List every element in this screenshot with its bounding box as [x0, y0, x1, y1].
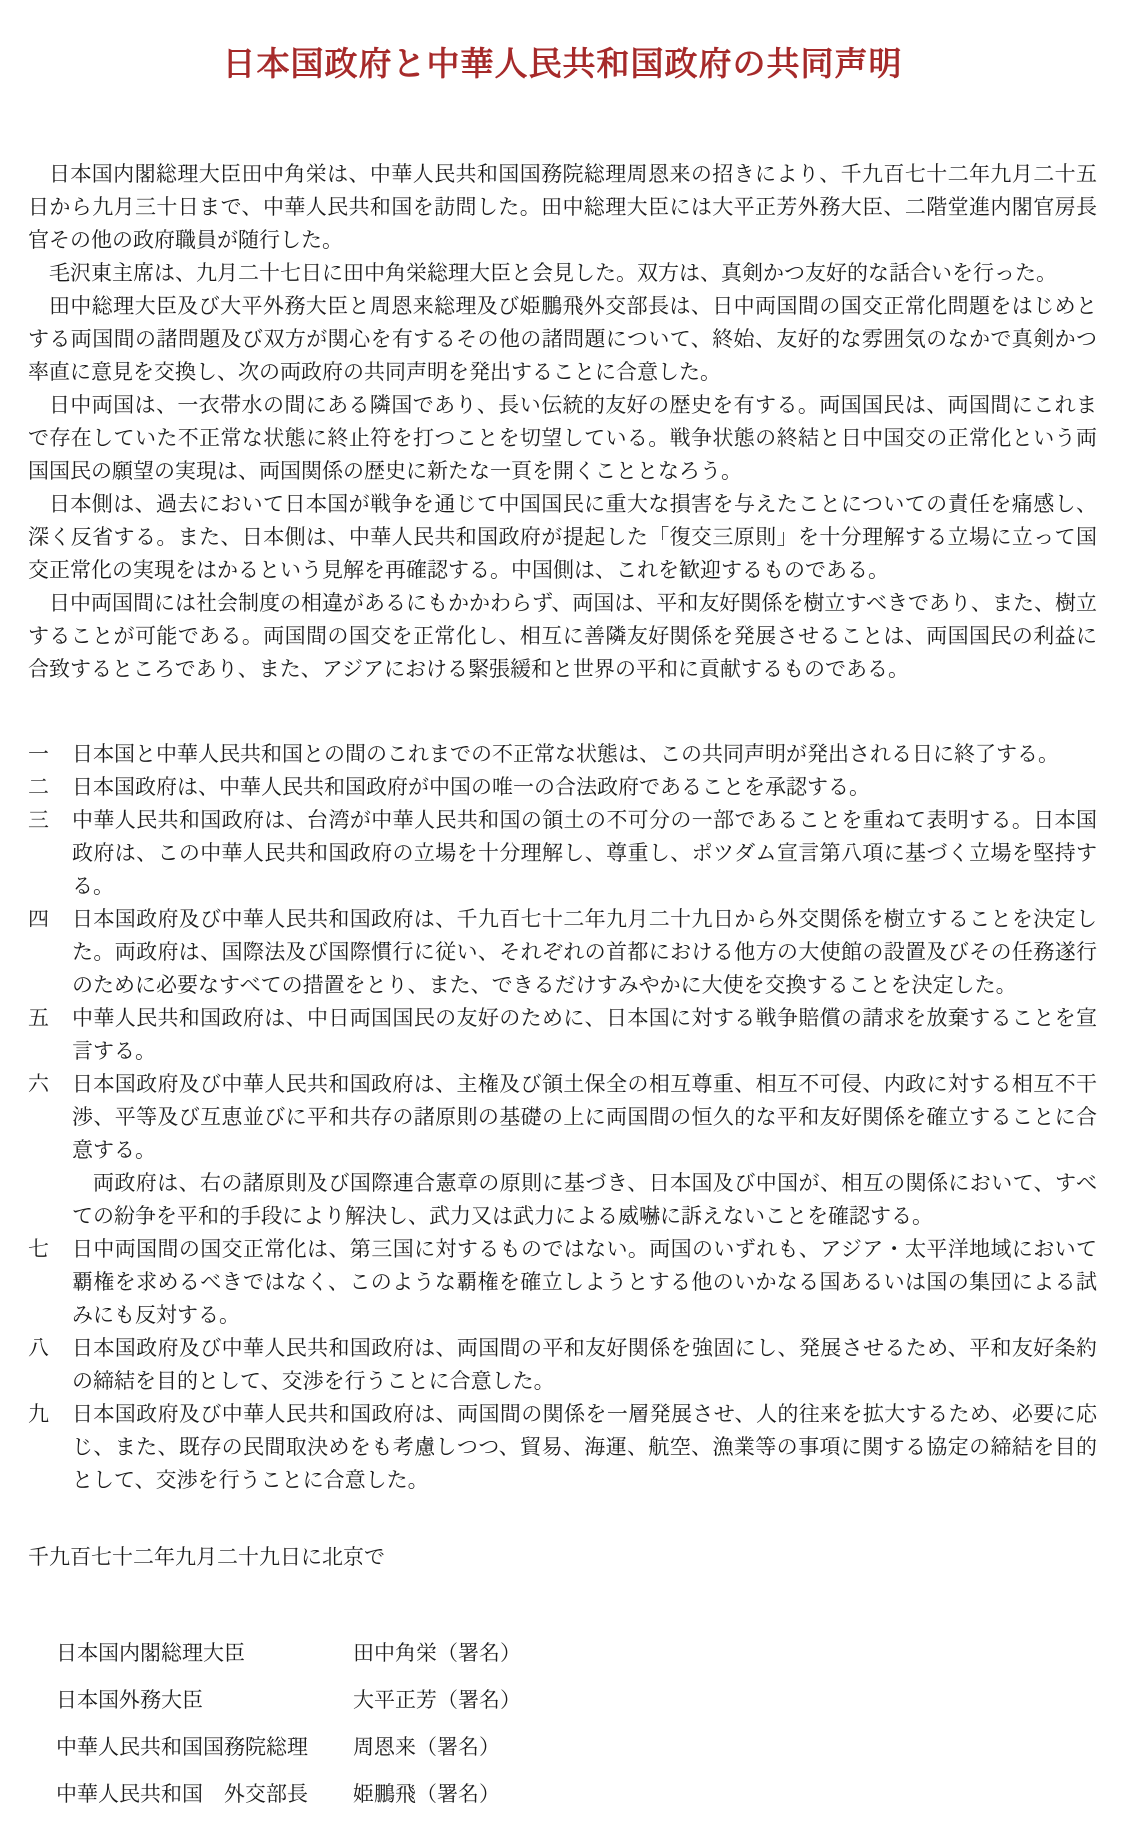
- article-item-9: 九 日本国政府及び中華人民共和国政府は、両国間の関係を一層発展させ、人的往来を拡…: [28, 1398, 1097, 1497]
- article-paragraph: 中華人民共和国政府は、台湾が中華人民共和国の領土の不可分の一部であることを重ねて…: [72, 804, 1097, 903]
- article-text: 日本国政府及び中華人民共和国政府は、千九百七十二年九月二十九日から外交関係を樹立…: [72, 903, 1097, 1002]
- document-title: 日本国政府と中華人民共和国政府の共同声明: [28, 42, 1097, 86]
- preamble-paragraph-4: 日中両国は、一衣帯水の間にある隣国であり、長い伝統的友好の歴史を有する。両国国民…: [28, 389, 1097, 488]
- article-number: 一: [28, 738, 72, 771]
- article-item-8: 八 日本国政府及び中華人民共和国政府は、両国間の平和友好関係を強固にし、発展させ…: [28, 1332, 1097, 1398]
- preamble-paragraph-2: 毛沢東主席は、九月二十七日に田中角栄総理大臣と会見した。双方は、真剣かつ友好的な…: [28, 257, 1097, 290]
- article-text: 日本国政府及び中華人民共和国政府は、主権及び領土保全の相互尊重、相互不可侵、内政…: [72, 1068, 1097, 1233]
- articles-list: 一 日本国と中華人民共和国との間のこれまでの不正常な状態は、この共同声明が発出さ…: [28, 738, 1097, 1497]
- article-paragraph: 日本国政府は、中華人民共和国政府が中国の唯一の合法政府であることを承認する。: [72, 771, 1097, 804]
- document-page: 日本国政府と中華人民共和国政府の共同声明 日本国内閣総理大臣田中角栄は、中華人民…: [0, 0, 1125, 1830]
- article-number: 三: [28, 804, 72, 837]
- signatory-name: 大平正芳（署名）: [353, 1677, 1097, 1724]
- article-number: 九: [28, 1398, 72, 1431]
- article-text: 中華人民共和国政府は、中日両国国民の友好のために、日本国に対する戦争賠償の請求を…: [72, 1002, 1097, 1068]
- signature-row-1: 日本国内閣総理大臣 田中角栄（署名）: [56, 1630, 1097, 1677]
- article-paragraph: 日本国政府及び中華人民共和国政府は、千九百七十二年九月二十九日から外交関係を樹立…: [72, 903, 1097, 1002]
- article-text: 日本国と中華人民共和国との間のこれまでの不正常な状態は、この共同声明が発出される…: [72, 738, 1097, 771]
- article-item-1: 一 日本国と中華人民共和国との間のこれまでの不正常な状態は、この共同声明が発出さ…: [28, 738, 1097, 771]
- article-item-3: 三 中華人民共和国政府は、台湾が中華人民共和国の領土の不可分の一部であることを重…: [28, 804, 1097, 903]
- article-item-5: 五 中華人民共和国政府は、中日両国国民の友好のために、日本国に対する戦争賠償の請…: [28, 1002, 1097, 1068]
- article-number: 七: [28, 1233, 72, 1266]
- signatory-name: 姫鵬飛（署名）: [353, 1771, 1097, 1818]
- preamble-paragraph-6: 日中両国間には社会制度の相違があるにもかかわらず、両国は、平和友好関係を樹立すべ…: [28, 587, 1097, 686]
- preamble-paragraph-1: 日本国内閣総理大臣田中角栄は、中華人民共和国国務院総理周恩来の招きにより、千九百…: [28, 158, 1097, 257]
- article-paragraph: 中華人民共和国政府は、中日両国国民の友好のために、日本国に対する戦争賠償の請求を…: [72, 1002, 1097, 1068]
- article-item-4: 四 日本国政府及び中華人民共和国政府は、千九百七十二年九月二十九日から外交関係を…: [28, 903, 1097, 1002]
- article-number: 六: [28, 1068, 72, 1101]
- article-subparagraph: 両政府は、右の諸原則及び国際連合憲章の原則に基づき、日本国及び中国が、相互の関係…: [72, 1167, 1097, 1233]
- article-paragraph: 日本国政府及び中華人民共和国政府は、両国間の関係を一層発展させ、人的往来を拡大す…: [72, 1398, 1097, 1497]
- article-text: 日本国政府は、中華人民共和国政府が中国の唯一の合法政府であることを承認する。: [72, 771, 1097, 804]
- article-number: 八: [28, 1332, 72, 1365]
- signature-row-4: 中華人民共和国 外交部長 姫鵬飛（署名）: [56, 1771, 1097, 1818]
- article-text: 日本国政府及び中華人民共和国政府は、両国間の平和友好関係を強固にし、発展させるた…: [72, 1332, 1097, 1398]
- signature-row-2: 日本国外務大臣 大平正芳（署名）: [56, 1677, 1097, 1724]
- article-paragraph: 日中両国間の国交正常化は、第三国に対するものではない。両国のいずれも、アジア・太…: [72, 1233, 1097, 1332]
- preamble: 日本国内閣総理大臣田中角栄は、中華人民共和国国務院総理周恩来の招きにより、千九百…: [28, 158, 1097, 686]
- signatory-title: 中華人民共和国国務院総理: [56, 1724, 353, 1771]
- signature-row-3: 中華人民共和国国務院総理 周恩来（署名）: [56, 1724, 1097, 1771]
- article-number: 五: [28, 1002, 72, 1035]
- article-number: 二: [28, 771, 72, 804]
- dateline: 千九百七十二年九月二十九日に北京で: [28, 1541, 1097, 1574]
- article-paragraph: 日本国政府及び中華人民共和国政府は、両国間の平和友好関係を強固にし、発展させるた…: [72, 1332, 1097, 1398]
- article-number: 四: [28, 903, 72, 936]
- signatory-title: 日本国外務大臣: [56, 1677, 353, 1724]
- article-item-6: 六 日本国政府及び中華人民共和国政府は、主権及び領土保全の相互尊重、相互不可侵、…: [28, 1068, 1097, 1233]
- article-paragraph: 日本国と中華人民共和国との間のこれまでの不正常な状態は、この共同声明が発出される…: [72, 738, 1097, 771]
- article-text: 中華人民共和国政府は、台湾が中華人民共和国の領土の不可分の一部であることを重ねて…: [72, 804, 1097, 903]
- article-text: 日中両国間の国交正常化は、第三国に対するものではない。両国のいずれも、アジア・太…: [72, 1233, 1097, 1332]
- signatory-title: 中華人民共和国 外交部長: [56, 1771, 353, 1818]
- preamble-paragraph-3: 田中総理大臣及び大平外務大臣と周恩来総理及び姫鵬飛外交部長は、日中両国間の国交正…: [28, 290, 1097, 389]
- signatory-title: 日本国内閣総理大臣: [56, 1630, 353, 1677]
- signatory-name: 周恩来（署名）: [353, 1724, 1097, 1771]
- article-item-2: 二 日本国政府は、中華人民共和国政府が中国の唯一の合法政府であることを承認する。: [28, 771, 1097, 804]
- preamble-paragraph-5: 日本側は、過去において日本国が戦争を通じて中国国民に重大な損害を与えたことについ…: [28, 488, 1097, 587]
- signatory-name: 田中角栄（署名）: [353, 1630, 1097, 1677]
- article-item-7: 七 日中両国間の国交正常化は、第三国に対するものではない。両国のいずれも、アジア…: [28, 1233, 1097, 1332]
- article-text: 日本国政府及び中華人民共和国政府は、両国間の関係を一層発展させ、人的往来を拡大す…: [72, 1398, 1097, 1497]
- signature-block: 日本国内閣総理大臣 田中角栄（署名） 日本国外務大臣 大平正芳（署名） 中華人民…: [28, 1630, 1097, 1818]
- article-paragraph: 日本国政府及び中華人民共和国政府は、主権及び領土保全の相互尊重、相互不可侵、内政…: [72, 1068, 1097, 1167]
